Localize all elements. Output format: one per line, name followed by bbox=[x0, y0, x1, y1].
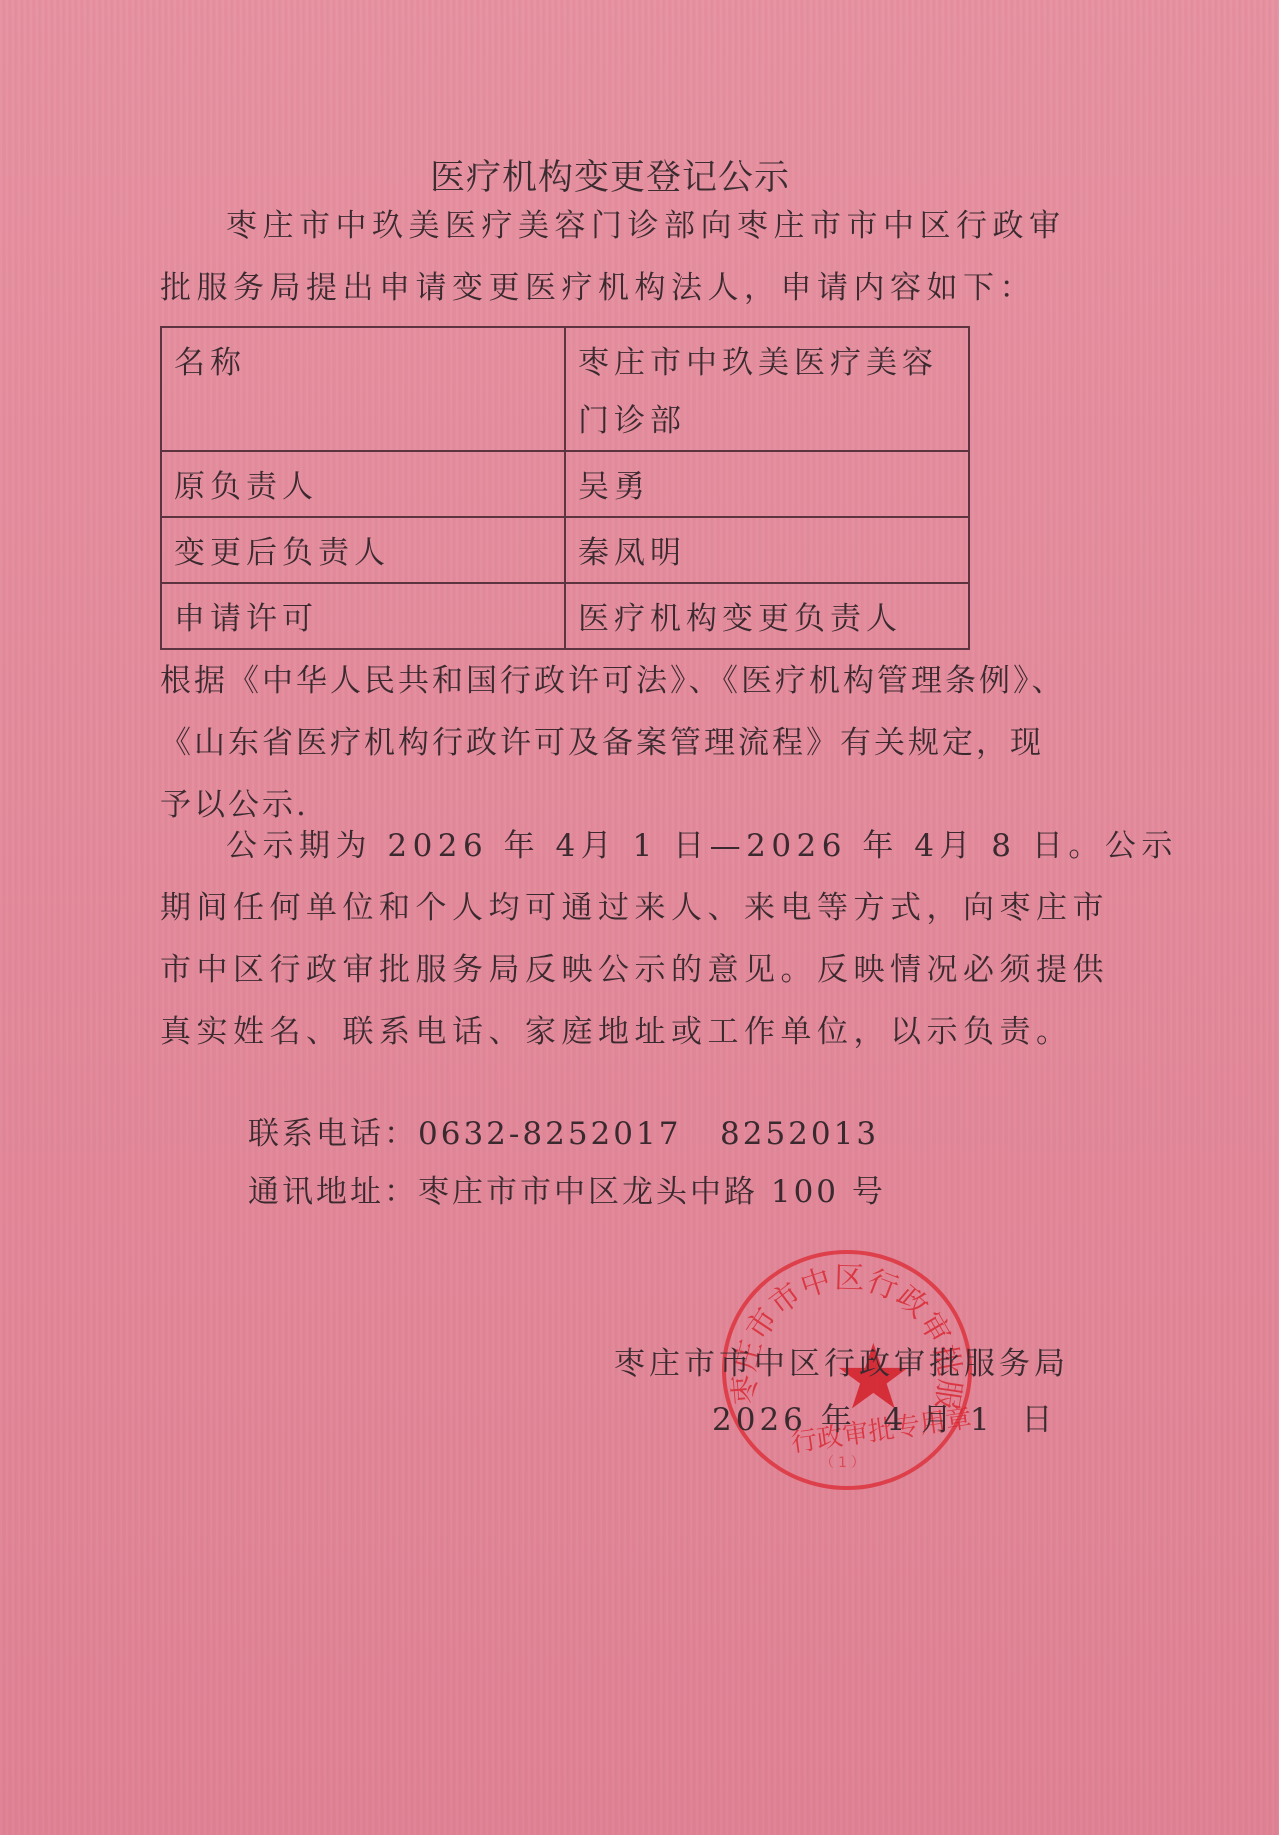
table-value-cell: 吴勇 bbox=[565, 451, 969, 517]
intro-line: 批服务局提出申请变更医疗机构法人，申请内容如下： bbox=[160, 257, 1100, 319]
table-value-cell: 医疗机构变更负责人 bbox=[565, 583, 969, 649]
phone-label: 联系电话： bbox=[248, 1116, 418, 1152]
table-value-cell: 枣庄市中玖美医疗美容 门诊部 bbox=[565, 327, 969, 451]
table-row: 申请许可 医疗机构变更负责人 bbox=[161, 583, 969, 649]
period-line: 公示期为 2026 年 4月 1 日—2026 年 4月 8 日。公示 bbox=[160, 815, 1100, 877]
seal-code-text: （1） bbox=[820, 1452, 869, 1472]
intro-paragraph: 枣庄市中玖美医疗美容门诊部向枣庄市市中区行政审 批服务局提出申请变更医疗机构法人… bbox=[160, 195, 1100, 319]
table-key-cell: 名称 bbox=[161, 327, 565, 451]
table-row: 原负责人 吴勇 bbox=[161, 451, 969, 517]
intro-line: 枣庄市中玖美医疗美容门诊部向枣庄市市中区行政审 bbox=[160, 195, 1100, 257]
contact-address: 通讯地址：枣庄市市中区龙头中路 100 号 bbox=[248, 1166, 886, 1211]
contact-phone: 联系电话：0632-8252017 8252013 bbox=[248, 1108, 879, 1153]
basis-line: 根据《中华人民共和国行政许可法》、《医疗机构管理条例》、 bbox=[160, 650, 1100, 712]
value-line: 门诊部 bbox=[578, 392, 956, 450]
table-row: 变更后负责人 秦凤明 bbox=[161, 517, 969, 583]
address-label: 通讯地址： bbox=[248, 1174, 418, 1210]
value-line: 枣庄市中玖美医疗美容 bbox=[578, 334, 956, 392]
period-line: 真实姓名、联系电话、家庭地址或工作单位，以示负责。 bbox=[160, 1001, 1100, 1063]
table-key-cell: 申请许可 bbox=[161, 583, 565, 649]
period-line: 期间任何单位和个人均可通过来人、来电等方式，向枣庄市 bbox=[160, 877, 1100, 939]
table-value-cell: 秦凤明 bbox=[565, 517, 969, 583]
change-info-table: 名称 枣庄市中玖美医疗美容 门诊部 原负责人 吴勇 变更后负责人 秦凤明 申请许… bbox=[160, 326, 970, 650]
basis-line: 《山东省医疗机构行政许可及备案管理流程》有关规定，现 bbox=[160, 712, 1100, 774]
notice-page: 医疗机构变更登记公示 枣庄市中玖美医疗美容门诊部向枣庄市市中区行政审 批服务局提… bbox=[0, 0, 1279, 1835]
table-key-cell: 变更后负责人 bbox=[161, 517, 565, 583]
table-row: 名称 枣庄市中玖美医疗美容 门诊部 bbox=[161, 327, 969, 451]
document-title: 医疗机构变更登记公示 bbox=[0, 150, 1220, 200]
period-line: 市中区行政审批服务局反映公示的意见。反映情况必须提供 bbox=[160, 939, 1100, 1001]
table-key-cell: 原负责人 bbox=[161, 451, 565, 517]
issuer-signature: 枣庄市市中区行政审批服务局 bbox=[614, 1338, 1069, 1383]
legal-basis-paragraph: 根据《中华人民共和国行政许可法》、《医疗机构管理条例》、 《山东省医疗机构行政许… bbox=[160, 650, 1100, 836]
address-value: 枣庄市市中区龙头中路 100 号 bbox=[418, 1174, 886, 1210]
publicity-period-paragraph: 公示期为 2026 年 4月 1 日—2026 年 4月 8 日。公示 期间任何… bbox=[160, 815, 1100, 1063]
phone-value: 0632-8252017 8252013 bbox=[418, 1116, 879, 1152]
issue-date: 2026 年 4 月 1 日 bbox=[712, 1394, 1056, 1439]
